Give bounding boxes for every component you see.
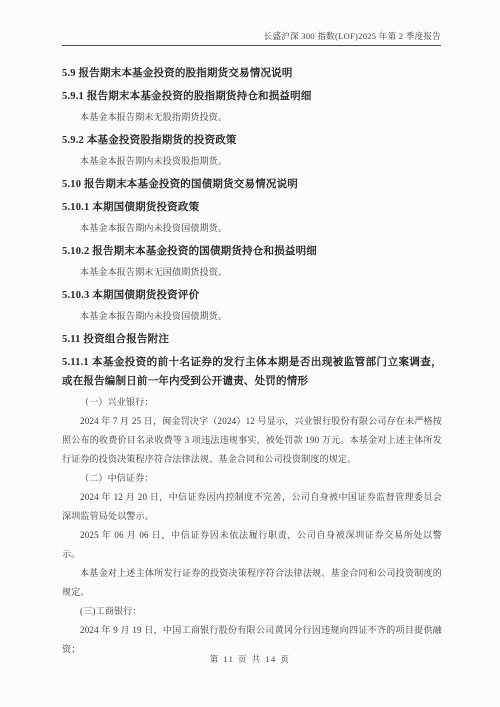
paragraph-5-10-3-body: 本基金本报告期内未投资国债期货。 <box>62 307 442 326</box>
paragraph-item-1-xingye-bank: （一）兴业银行： <box>62 393 442 412</box>
section-heading-5-9-1: 5.9.1 报告期末本基金投资的股指期货持仓和损益明细 <box>62 87 442 106</box>
report-page: 长盛沪深 300 指数(LOF)2025 年第 2 季度报告 5.9 报告期末本… <box>0 0 500 707</box>
paragraph-5-10-2-body: 本基金本报告期末无国债期货投资。 <box>62 263 442 282</box>
page-content: 5.9 报告期末本基金投资的股指期货交易情况说明 5.9.1 报告期末本基金投资… <box>0 46 500 659</box>
section-heading-5-11-1: 5.11.1 本基金投资的前十名证券的发行主体本期是否出现被监管部门立案调查，或… <box>62 353 442 391</box>
paragraph-item-3-icbc: (三)工商银行： <box>62 602 442 621</box>
paragraph-citic-detail-1: 2024 年 12 月 20 日，中信证券因内控制度不完善，公司自身被中国证券监… <box>62 488 442 526</box>
page-number: 第 11 页 共 14 页 <box>210 654 291 664</box>
page-header: 长盛沪深 300 指数(LOF)2025 年第 2 季度报告 <box>62 0 441 46</box>
section-heading-5-10-3: 5.10.3 本期国债期货投资评价 <box>62 286 442 305</box>
paragraph-citic-conclusion: 本基金对上述主体所发行证券的投资决策程序符合法律法规、基金合同和公司投资制度的规… <box>62 564 442 602</box>
section-heading-5-11: 5.11 投资组合报告附注 <box>62 330 442 349</box>
section-heading-5-10-1: 5.10.1 本期国债期货投资政策 <box>62 198 442 217</box>
page-footer: 第 11 页 共 14 页 <box>0 653 500 665</box>
paragraph-item-2-citic-securities: （二）中信证券： <box>62 469 442 488</box>
section-heading-5-10: 5.10 报告期末本基金投资的国债期货交易情况说明 <box>62 175 442 194</box>
paragraph-5-10-1-body: 本基金本报告期内未投资国债期货。 <box>62 219 442 238</box>
section-heading-5-9-2: 5.9.2 本基金投资股指期货的投资政策 <box>62 131 442 150</box>
section-heading-5-10-2: 5.10.2 报告期末本基金投资的国债期货持仓和损益明细 <box>62 242 442 261</box>
paragraph-5-9-2-body: 本基金本报告期内未投资股指期货。 <box>62 152 442 171</box>
paragraph-5-9-1-body: 本基金本报告期末无股指期货投资。 <box>62 108 442 127</box>
paragraph-citic-detail-2: 2025 年 06 月 06 日，中信证券因未依法履行职责，公司自身被深圳证券交… <box>62 526 442 564</box>
paragraph-xingye-bank-detail: 2024 年 7 月 25 日，闽金罚决字（2024）12 号显示，兴业银行股份… <box>62 412 442 469</box>
report-title: 长盛沪深 300 指数(LOF)2025 年第 2 季度报告 <box>264 31 441 41</box>
section-heading-5-9: 5.9 报告期末本基金投资的股指期货交易情况说明 <box>62 64 442 83</box>
